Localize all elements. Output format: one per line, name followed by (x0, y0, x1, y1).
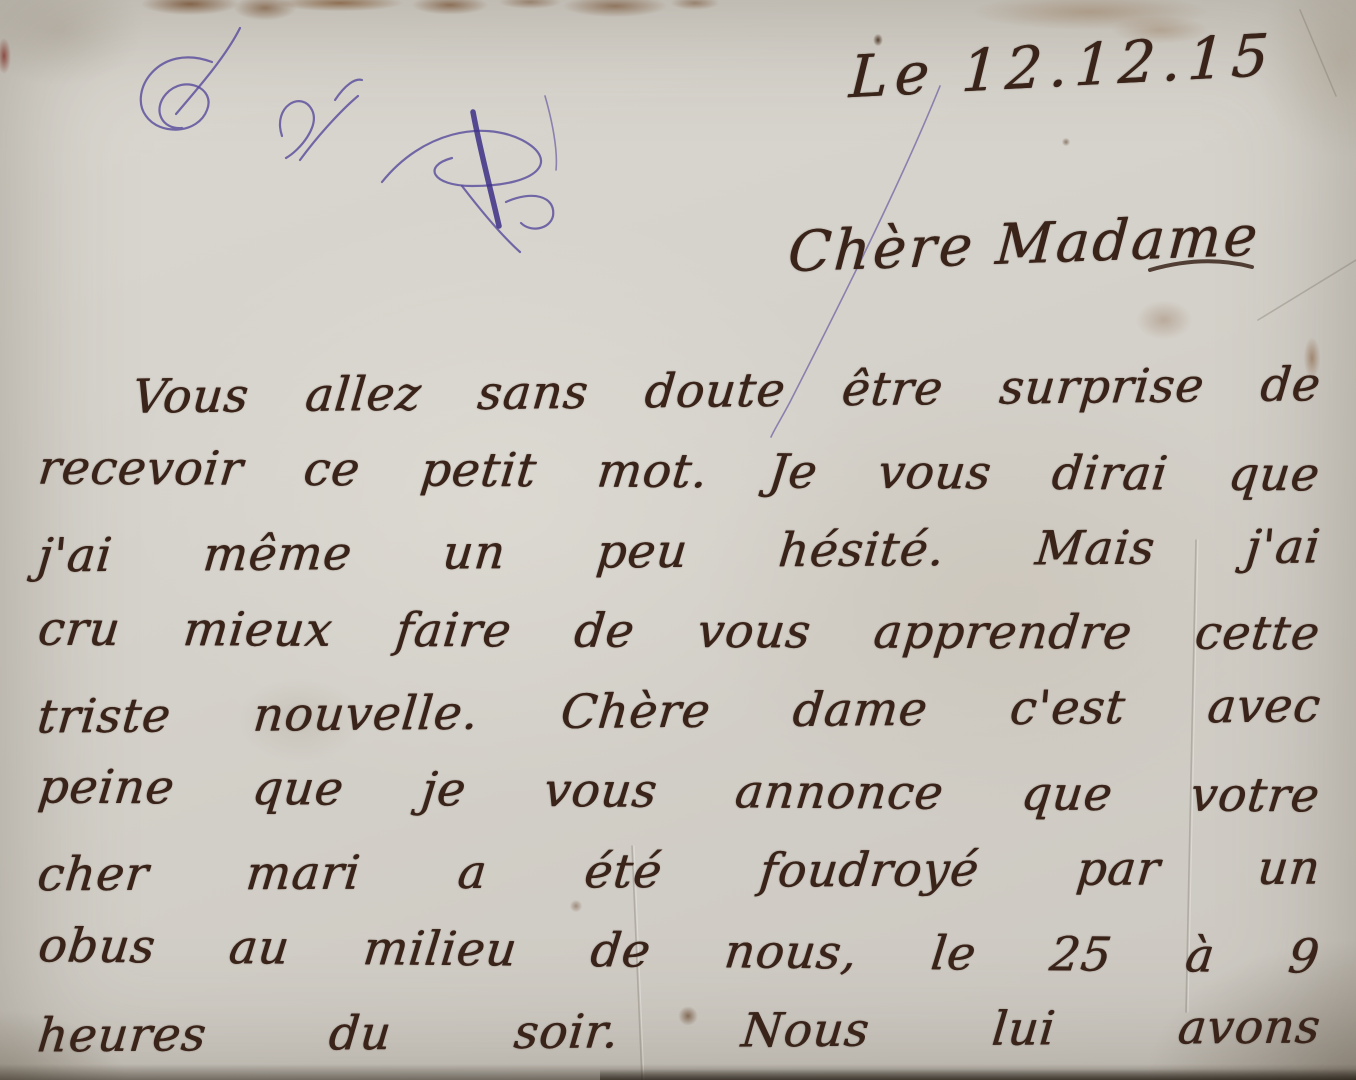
letter-photograph: Le 12.12.15 Chère Madame Vous allez sans… (0, 0, 1356, 1080)
letter-paper: Le 12.12.15 Chère Madame Vous allez sans… (0, 0, 1356, 1080)
letter-body-line: triste nouvelle. Chère dame c'est avec (34, 666, 1325, 757)
letter-date: Le 12.12.15 (848, 21, 1278, 112)
letter-body-line: recevoir ce petit mot. Je vous dirai que (34, 429, 1324, 516)
letter-body-line: j'ai même un peu hésité. Mais j'ai (34, 508, 1325, 597)
letter-body-line: Vous allez sans doute être surprise de (34, 345, 1325, 438)
letter-body: Vous allez sans doute être surprise de r… (38, 352, 1320, 1072)
letter-body-line: peine que je vous annonce que votre (34, 748, 1324, 837)
letter-body-line: obus au milieu de nous, le 25 à 9 (34, 906, 1324, 997)
letter-body-line: cru mieux faire de vous apprendre cette (34, 590, 1324, 674)
letter-salutation: Chère Madame (786, 204, 1262, 286)
letter-body-line: heures du soir. Nous lui avons (34, 988, 1325, 1077)
letter-body-line: cher mari a été foudroyé par un (34, 829, 1325, 916)
